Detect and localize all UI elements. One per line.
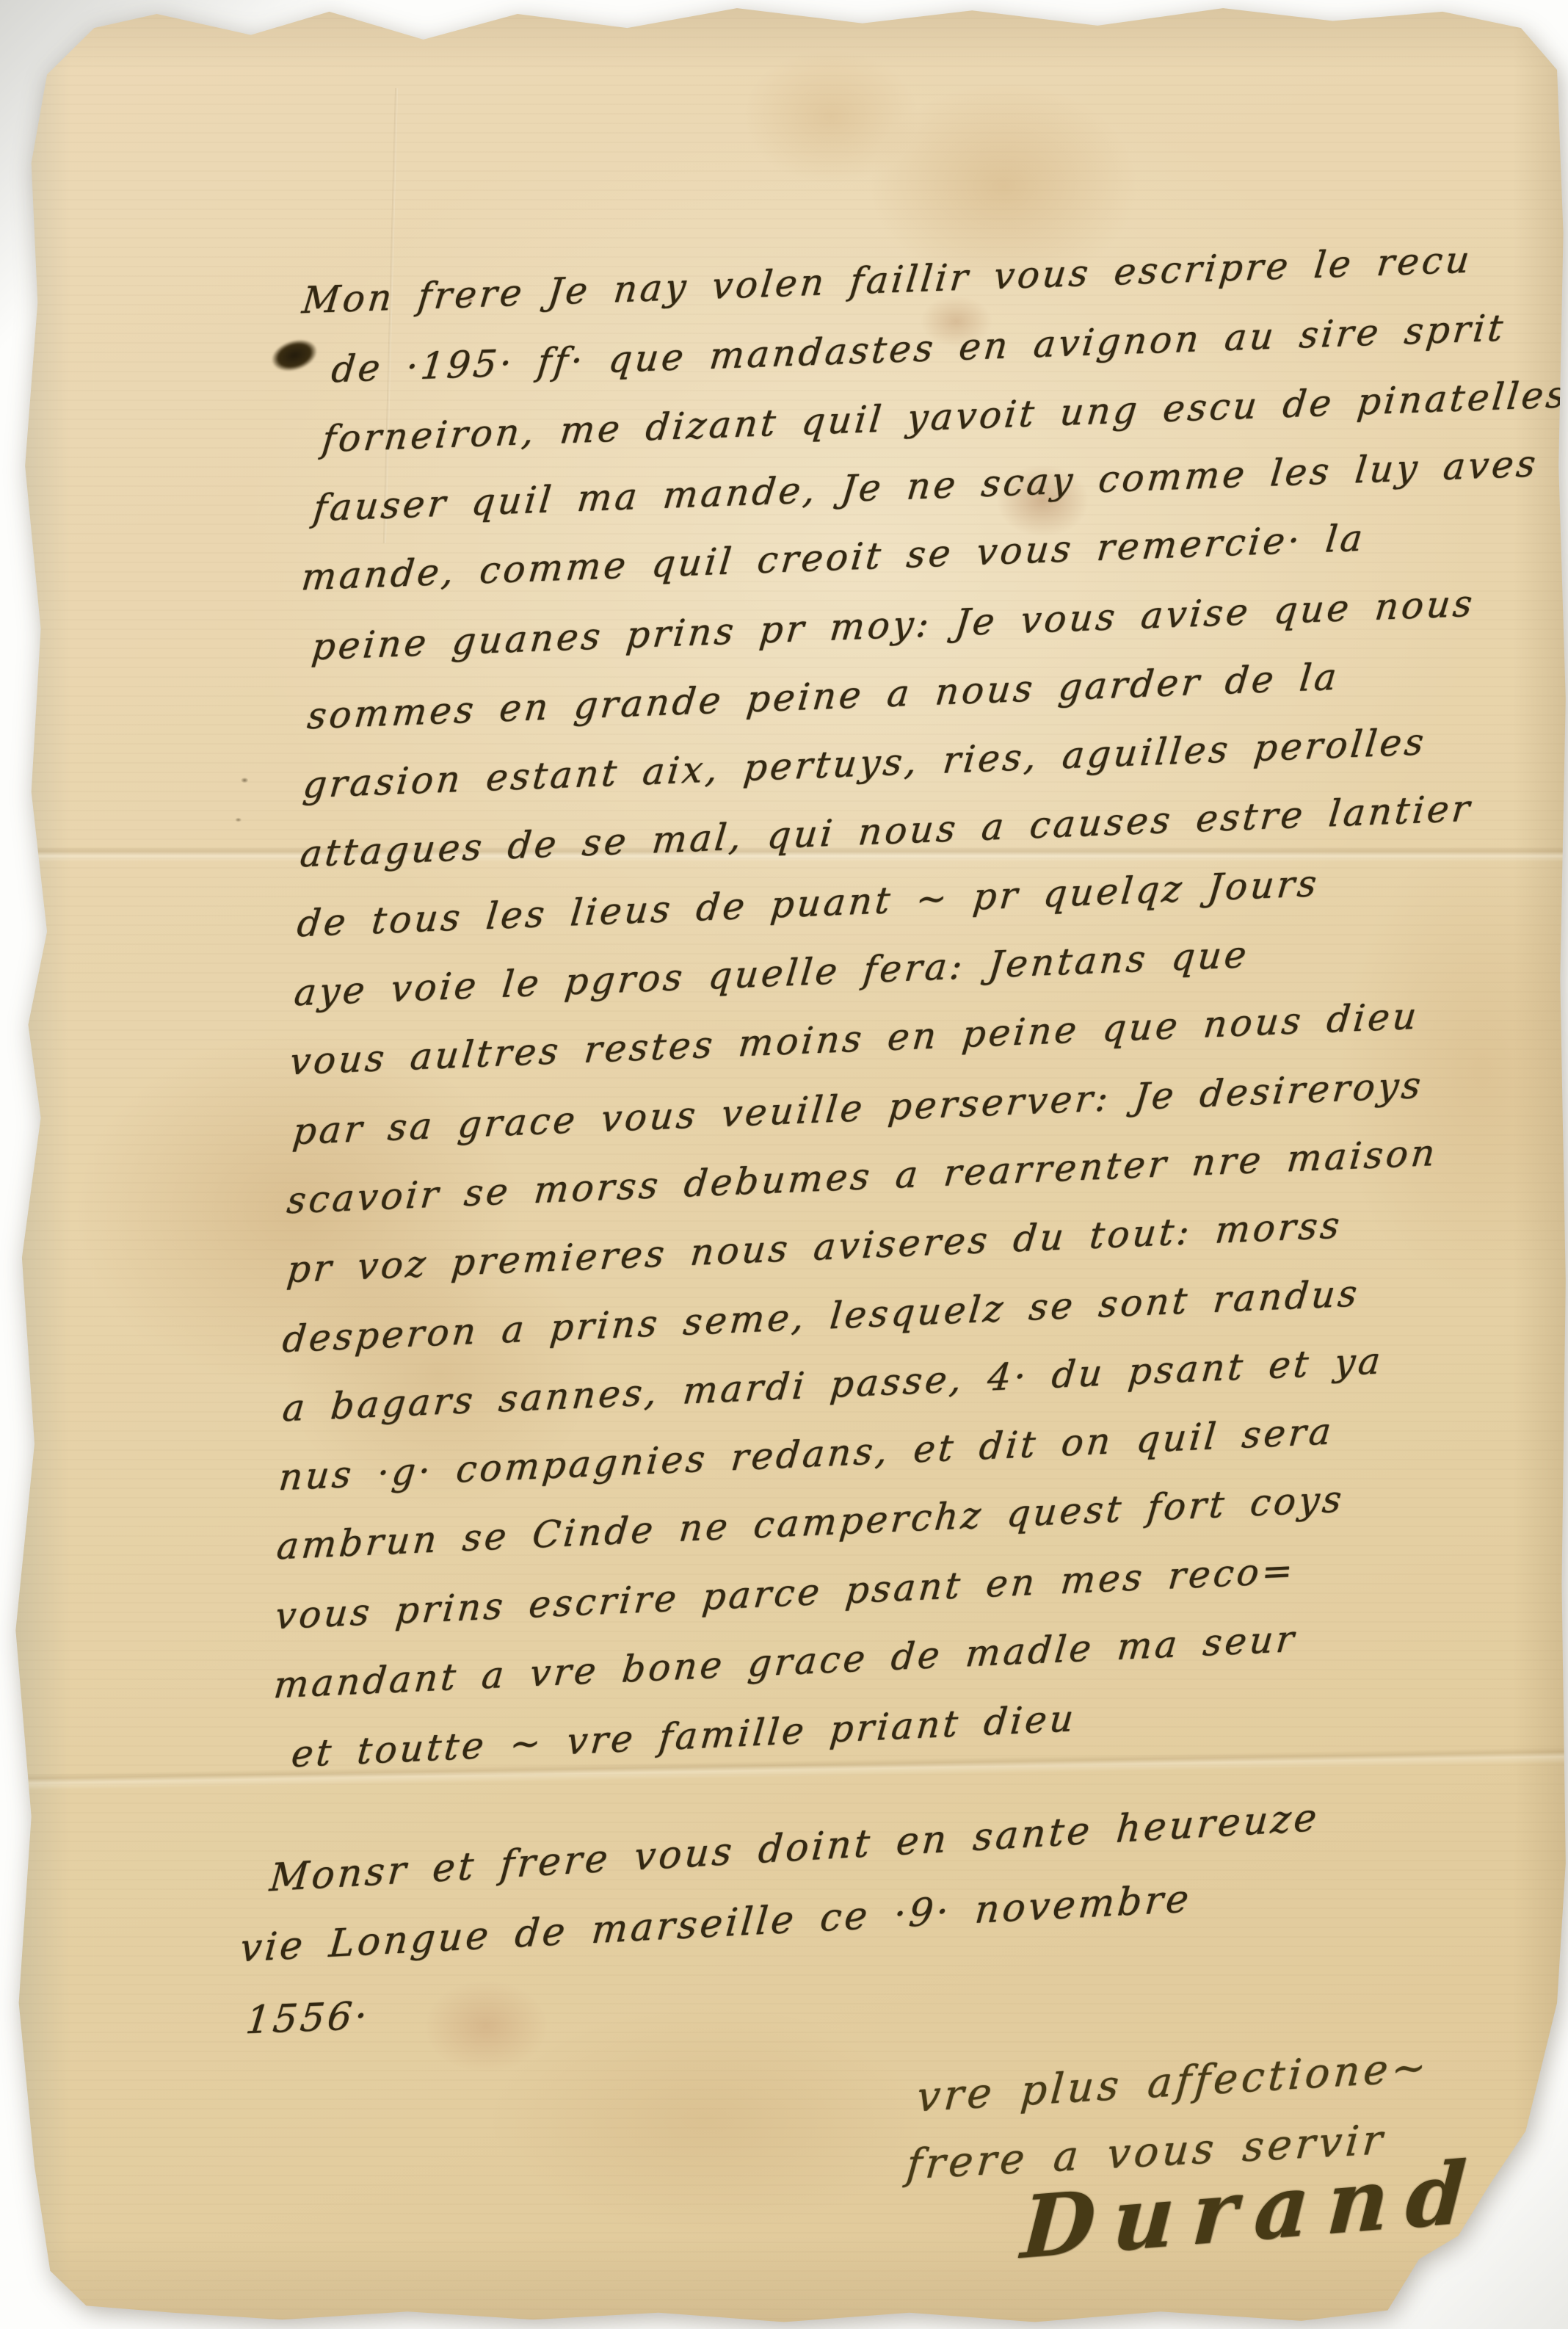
signature-line: vre plus affectione~	[915, 2043, 1431, 2122]
letter-line: mande, comme quil creoit se vous remerci…	[300, 516, 1368, 598]
letter-line: grasion estant aix, pertuys, ries, aguil…	[301, 720, 1429, 806]
letter-line: Mon frere Je nay volen faillir vous escr…	[300, 238, 1475, 322]
manuscript-paper: Mon frere Je nay volen faillir vous escr…	[0, 0, 1568, 2329]
letter-line: aye voie le pgros quelle fera: Jentans q…	[292, 933, 1251, 1015]
letter-line: pr voz premieres nous aviseres du tout: …	[285, 1203, 1344, 1291]
closing-line: 1556·	[244, 1994, 372, 2043]
letter-line: vous aultres restes moins en peine que n…	[288, 994, 1421, 1083]
letter-line: sommes en grande peine a nous garder de …	[305, 656, 1341, 738]
scan-background: Mon frere Je nay volen faillir vous escr…	[0, 0, 1568, 2329]
letter-line: de tous les lieus de puant ~ pr quelqz J…	[295, 862, 1321, 945]
paper-wrap: Mon frere Je nay volen faillir vous escr…	[0, 0, 1568, 2329]
ink-blot	[260, 328, 329, 383]
letter-line: de ·195· ff· que mandastes en avignon au…	[330, 306, 1508, 391]
letter-line: et toutte ~ vre famille priant dieu	[290, 1697, 1078, 1775]
letter-line: peine guanes prins pr moy: Je vous avise…	[310, 582, 1477, 669]
